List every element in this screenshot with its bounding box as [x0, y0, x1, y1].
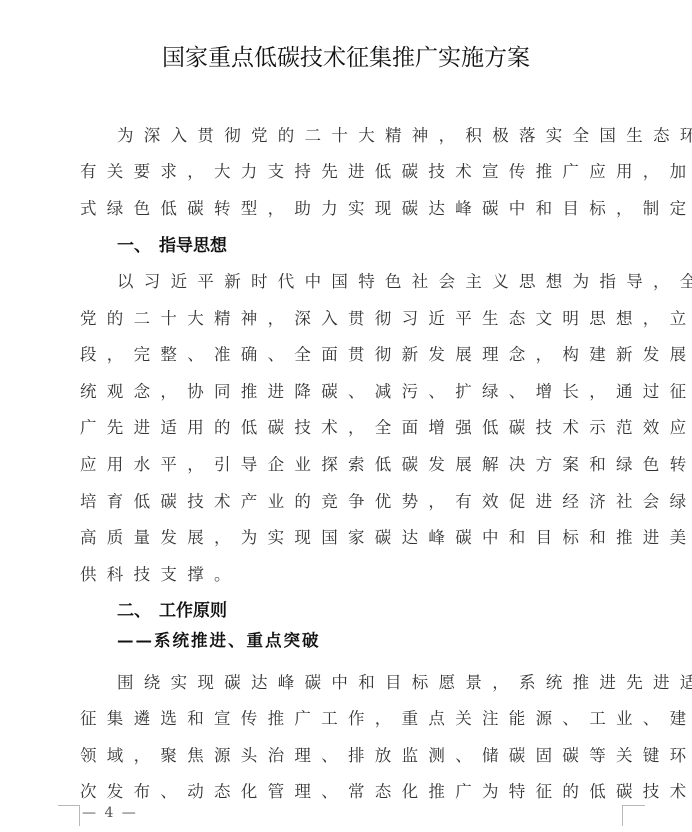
body-line: 次发布、动态化管理、常态化推广为特征的低碳技术推广模式。 — [80, 780, 625, 804]
body-line: 围绕实现碳达峰碳中和目标愿景，系统推进先进适用低碳技术的 — [117, 671, 662, 695]
body-line: 领域，聚焦源头治理、排放监测、储碳固碳等关键环节，形成以多批 — [80, 744, 625, 768]
body-line: 供科技支撑。 — [80, 563, 625, 587]
body-line: 高质量发展，为实现国家碳达峰碳中和目标和推进美丽中国建设提 — [80, 526, 625, 550]
document-page: 国家重点低碳技术征集推广实施方案 为深入贯彻党的二十大精神，积极落实全国生态环境… — [0, 0, 692, 832]
section-heading-work-principles: 二、工作原则 — [117, 599, 227, 623]
body-line: 应用水平，引导企业探索低碳发展解决方案和绿色转型路径，加快 — [80, 453, 625, 477]
section-title: 指导思想 — [159, 236, 227, 256]
intro-line: 有关要求，大力支持先进低碳技术宣传推广应用，加快推动发展方 — [80, 160, 625, 184]
intro-line: 式绿色低碳转型，助力实现碳达峰碳中和目标，制定本方案。 — [80, 197, 625, 221]
body-line: 以习近平新时代中国特色社会主义思想为指导，全面贯彻落实 — [117, 270, 662, 294]
document-title: 国家重点低碳技术征集推广实施方案 — [0, 43, 692, 73]
page-number: — 4 — — [82, 803, 138, 823]
body-line: 党的二十大精神，深入贯彻习近平生态文明思想，立足新发展阶 — [80, 307, 625, 331]
body-line: 培育低碳技术产业的竞争优势，有效促进经济社会绿色低碳转型和 — [80, 490, 625, 514]
body-line: 段，完整、准确、全面贯彻新发展理念，构建新发展格局，坚持系 — [80, 343, 625, 367]
section-number: 二、 — [117, 599, 159, 623]
principle-subheading: ——系统推进、重点突破 — [117, 629, 321, 653]
section-number: 一、 — [117, 234, 159, 258]
page-corner-mark-right — [622, 805, 645, 826]
intro-line: 为深入贯彻党的二十大精神，积极落实全国生态环境保护大会 — [117, 124, 662, 148]
page-corner-mark-left — [58, 805, 80, 826]
section-title: 工作原则 — [159, 601, 227, 621]
body-line: 广先进适用的低碳技术，全面增强低碳技术示范效应，提升产业化 — [80, 416, 625, 440]
body-line: 征集遴选和宣传推广工作，重点关注能源、工业、建筑、交通等关键 — [80, 707, 625, 731]
body-line: 统观念，协同推进降碳、减污、扩绿、增长，通过征集、遴选和推 — [80, 380, 625, 404]
section-heading-guiding-ideology: 一、指导思想 — [117, 234, 227, 258]
